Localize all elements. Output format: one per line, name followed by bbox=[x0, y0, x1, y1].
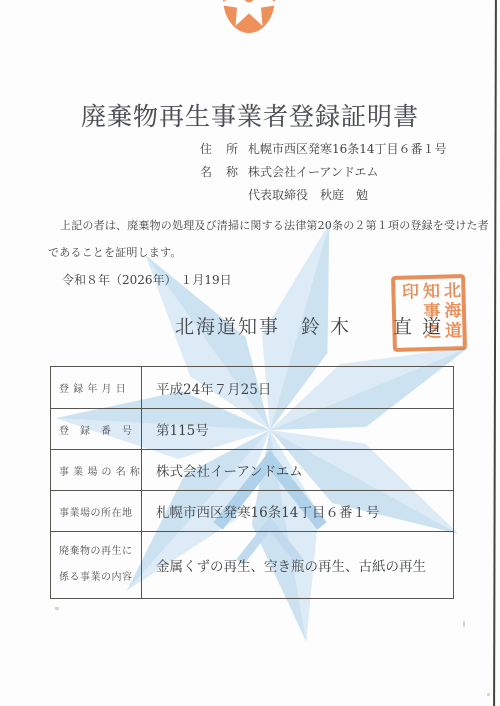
row-label: 登 録 年 月 日 bbox=[51, 367, 142, 408]
row-label: 登 録 番 号 bbox=[51, 409, 142, 449]
address-label: 住 所 bbox=[200, 140, 248, 163]
scan-speck bbox=[55, 607, 59, 610]
table-row-business-description: 廃棄物の再生に 係る事業の内容 金属くずの再生、空き瓶の再生、古紙の再生 bbox=[51, 531, 453, 598]
table-row-site-name: 事 業 場 の 名 称 株式会社イーアンドエム bbox=[51, 449, 453, 490]
scan-speck bbox=[463, 621, 465, 627]
row-value: 札幌市西区発寒16条14丁目６番１号 bbox=[142, 491, 453, 531]
row-value: 金属くずの再生、空き瓶の再生、古紙の再生 bbox=[142, 532, 453, 598]
holder-address-row: 住 所 札幌市西区発寒16条14丁目６番１号 bbox=[200, 140, 447, 163]
table-row-registration-date: 登 録 年 月 日 平成24年７月25日 bbox=[51, 367, 453, 408]
row-label-line1: 廃棄物の再生に bbox=[59, 539, 141, 565]
company-name: 株式会社イーアンドエム bbox=[248, 163, 378, 186]
row-label: 廃棄物の再生に 係る事業の内容 bbox=[51, 532, 142, 598]
name-label: 名 称 bbox=[200, 163, 248, 186]
scan-speck bbox=[487, 693, 490, 696]
row-label: 事業場の所在地 bbox=[51, 491, 142, 531]
table-row-site-address: 事業場の所在地 札幌市西区発寒16条14丁目６番１号 bbox=[51, 490, 453, 531]
row-value: 平成24年７月25日 bbox=[142, 367, 453, 408]
row-label: 事 業 場 の 名 称 bbox=[51, 450, 142, 490]
row-value: 株式会社イーアンドエム bbox=[142, 450, 453, 490]
holder-name-row: 名 称 株式会社イーアンドエム bbox=[200, 163, 447, 186]
certificate-document: 廃棄物再生事業者登録証明書 住 所 札幌市西区発寒16条14丁目６番１号 名 称… bbox=[0, 0, 500, 706]
representative-label-spacer bbox=[200, 186, 248, 209]
document-title: 廃棄物再生事業者登録証明書 bbox=[0, 97, 500, 133]
issue-date: 令和８年（2026年） １月19日 bbox=[62, 271, 232, 288]
row-label-line2: 係る事業の内容 bbox=[59, 565, 141, 591]
row-value: 第115号 bbox=[142, 409, 453, 449]
representative-name: 代表取締役 秋庭 勉 bbox=[248, 186, 368, 209]
address-value: 札幌市西区発寒16条14丁目６番１号 bbox=[248, 140, 447, 163]
certification-text-line2: であることを証明します。 bbox=[48, 244, 182, 260]
governor-seal-text: 北海道知事之印 bbox=[397, 281, 462, 345]
registration-table: 登 録 年 月 日 平成24年７月25日 登 録 番 号 第115号 事 業 場… bbox=[50, 366, 454, 599]
table-row-registration-number: 登 録 番 号 第115号 bbox=[51, 408, 453, 449]
hokkaido-star-emblem-icon bbox=[217, 0, 281, 40]
certification-text-line1: 上記の者は、廃棄物の処理及び清掃に関する法律第20条の２第１項の登録を受けた者 bbox=[48, 217, 489, 233]
governor-seal-stamp-icon: 北海道知事之印 bbox=[391, 274, 467, 352]
holder-representative-row: 代表取締役 秋庭 勉 bbox=[200, 186, 447, 209]
holder-block: 住 所 札幌市西区発寒16条14丁目６番１号 名 称 株式会社イーアンドエム 代… bbox=[200, 140, 447, 209]
